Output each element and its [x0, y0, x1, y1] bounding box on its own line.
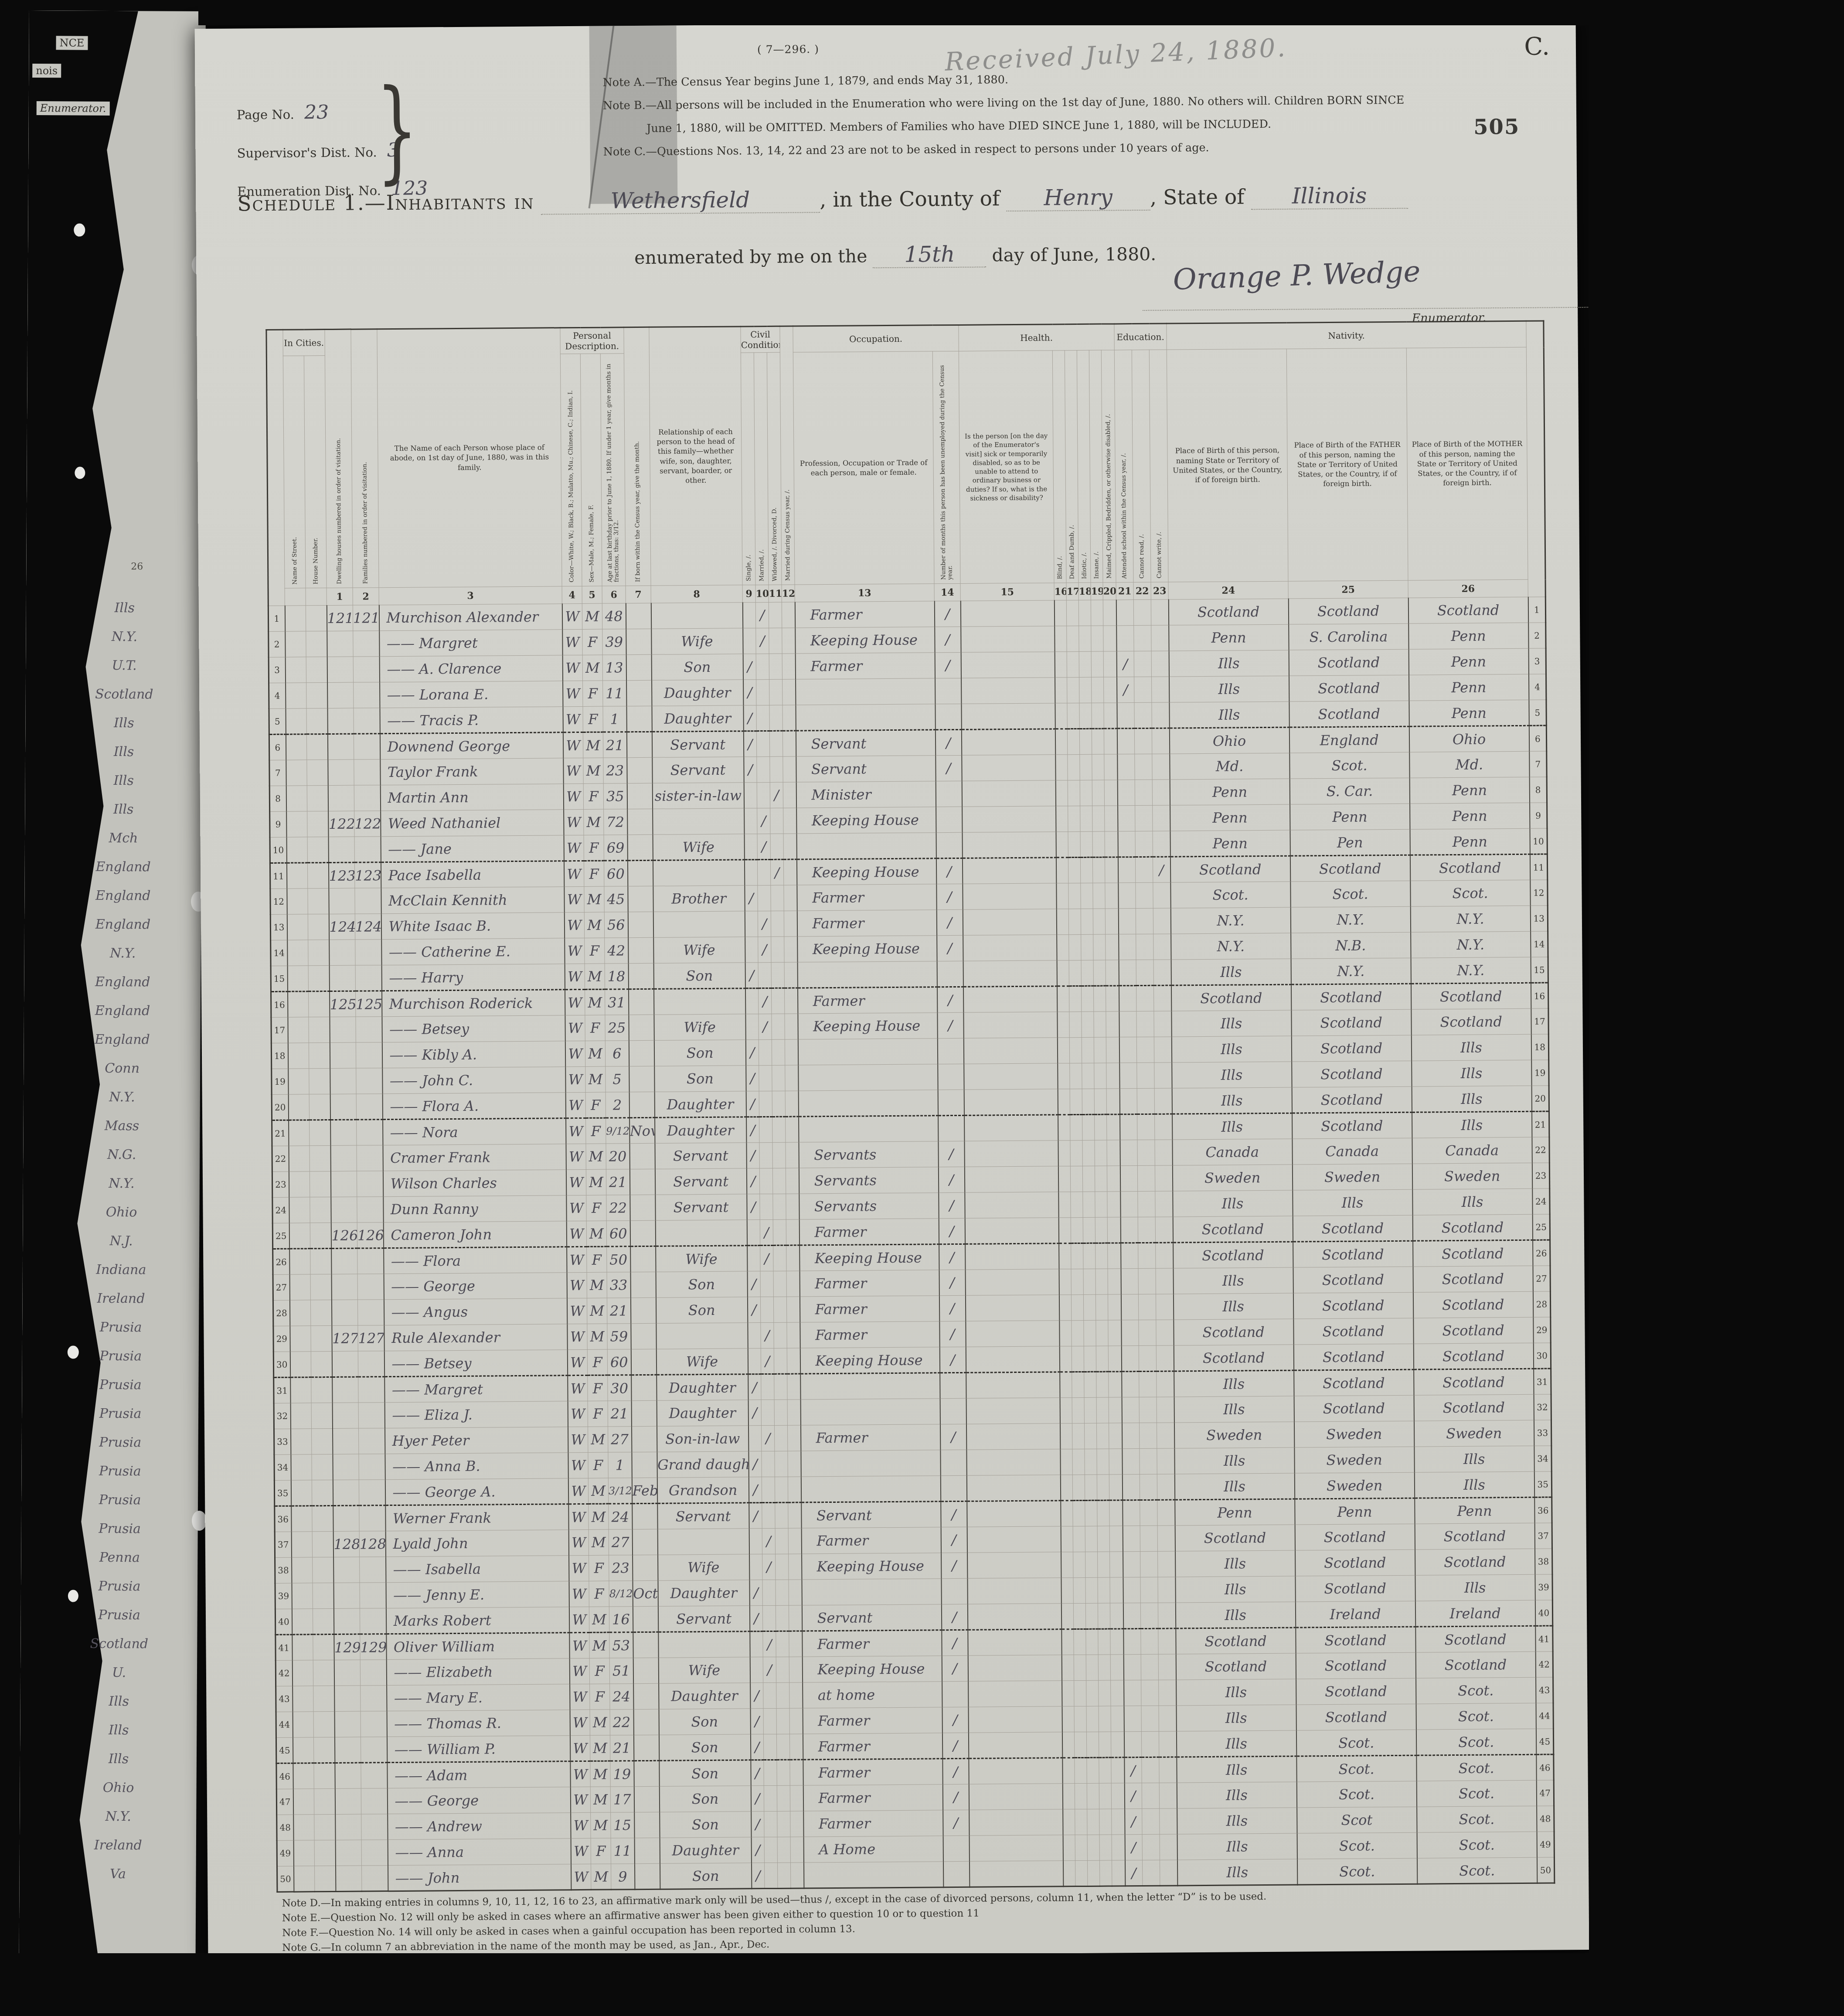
- cell-occupation: Keeping House: [797, 936, 937, 962]
- cell-school: [1121, 1320, 1139, 1346]
- cell-age: 45: [604, 886, 628, 912]
- cell-cannot-read: [1139, 1397, 1157, 1423]
- cell-relationship: Daughter: [652, 705, 743, 732]
- cell-family: [353, 631, 379, 657]
- cell-name: Downend George: [380, 732, 563, 759]
- cell-cannot-read: [1141, 1654, 1158, 1680]
- cell-color: W: [567, 1349, 587, 1375]
- cell-maimed: [1108, 1269, 1121, 1294]
- cell-idiotic: [1085, 1603, 1098, 1629]
- cell-sex: M: [587, 1272, 607, 1298]
- left-page-entry: England: [51, 859, 195, 875]
- cell-insane: [1094, 1011, 1106, 1037]
- cell-school: [1122, 1449, 1140, 1475]
- left-page-entry: Ireland: [46, 1837, 190, 1853]
- supervisor-row: Supervisor's Dist. No. 3: [237, 139, 399, 163]
- cell-widowed: [777, 1837, 790, 1863]
- cell-color: W: [562, 655, 582, 681]
- cell-school: [1119, 934, 1136, 960]
- group-occupation: Occupation.: [793, 325, 959, 352]
- note-b2: June 1, 1880, will be OMITTED. Members o…: [646, 118, 1271, 135]
- col-number: 24: [1168, 581, 1288, 599]
- cell-insane: [1099, 1860, 1112, 1886]
- cell-house: [314, 1763, 335, 1788]
- cell-widowed: [772, 1091, 785, 1117]
- cell-pob-father: Scot.: [1296, 1781, 1416, 1808]
- cell-sickness: [967, 1552, 1061, 1578]
- line-number: 10: [1530, 828, 1547, 854]
- cell-pob: Canada: [1172, 1139, 1292, 1165]
- cell-relationship: Son: [660, 1863, 752, 1889]
- cell-idiotic: [1079, 677, 1092, 703]
- cell-sex: M: [590, 1787, 610, 1812]
- left-page-entry: Ohio: [49, 1204, 193, 1220]
- cell-house: [314, 1840, 335, 1866]
- cell-sex: F: [588, 1401, 608, 1427]
- line-number: 6: [1529, 725, 1546, 751]
- cell-house: [311, 1325, 332, 1351]
- cell-sex: M: [584, 912, 604, 938]
- cell-unemployed: [937, 1038, 963, 1064]
- cell-married-cy: [784, 962, 797, 988]
- binder-ring: [192, 1511, 207, 1531]
- cell-house: [314, 1814, 335, 1840]
- cell-family: [355, 888, 381, 914]
- col-number: 13: [795, 584, 934, 602]
- cell-widowed: [771, 911, 784, 936]
- col-number: 14: [934, 583, 960, 601]
- left-page-entry: England: [51, 1003, 194, 1019]
- cell-married-cy: [786, 1219, 799, 1245]
- cell-insane: [1096, 1346, 1108, 1372]
- cell-occupation: Servants: [799, 1141, 938, 1168]
- cell-color: W: [566, 1118, 586, 1144]
- cell-cannot-write: [1155, 1191, 1173, 1217]
- line-number: 34: [274, 1454, 291, 1480]
- line-number: 5: [1529, 700, 1546, 725]
- cell-street: [287, 889, 308, 914]
- cell-sickness: [964, 1089, 1058, 1115]
- cell-name: Oliver William: [386, 1633, 569, 1660]
- cell-street: [288, 991, 309, 1017]
- cell-occupation: Farmer: [800, 1296, 939, 1322]
- cell-family: [354, 759, 380, 785]
- cell-deaf: [1070, 1140, 1082, 1166]
- cell-school: [1122, 1397, 1139, 1423]
- cell-dwelling: [331, 1274, 357, 1300]
- cell-sickness: [966, 1423, 1060, 1450]
- cell-name: Werner Frank: [385, 1504, 568, 1531]
- cell-house: [307, 837, 328, 863]
- cell-cannot-read: [1136, 908, 1153, 934]
- cell-sex: M: [586, 1144, 606, 1169]
- cell-relationship: Servant: [655, 1168, 746, 1195]
- cell-occupation: Farmer: [803, 1784, 942, 1811]
- cell-sickness: [969, 1835, 1063, 1861]
- cell-pob: Scotland: [1174, 1319, 1293, 1345]
- cell-single: /: [746, 1143, 759, 1168]
- cell-blind: [1059, 1321, 1072, 1346]
- cell-name: —— Tracis P.: [380, 707, 563, 734]
- cell-dwelling: [330, 1042, 356, 1068]
- cell-blind: [1057, 986, 1069, 1012]
- cell-occupation: Keeping House: [796, 858, 936, 885]
- cell-blind: [1061, 1501, 1073, 1526]
- cell-pob-mother: Scot.: [1416, 1677, 1536, 1704]
- cell-street: [288, 1094, 309, 1120]
- cell-relationship: Daughter: [659, 1683, 750, 1709]
- line-number: 3: [1528, 648, 1546, 674]
- cell-pob-father: Scotland: [1293, 1267, 1413, 1293]
- cell-blind: [1058, 1192, 1071, 1218]
- cell-single: [748, 1426, 762, 1451]
- cell-married: /: [757, 808, 770, 834]
- cell-widowed: [774, 1348, 787, 1374]
- cell-deaf: [1068, 909, 1081, 934]
- cell-sex: M: [586, 1169, 606, 1195]
- line-number: 21: [272, 1120, 289, 1146]
- cell-sex: M: [589, 1529, 609, 1555]
- line-number: 36: [275, 1506, 291, 1532]
- cell-street: [291, 1454, 312, 1480]
- cell-married-cy: [786, 1297, 800, 1322]
- cell-month: [632, 1452, 657, 1478]
- cell-school: [1124, 1680, 1141, 1706]
- cell-sickness: [961, 729, 1055, 755]
- cell-sex: M: [587, 1324, 607, 1349]
- line-number: 35: [274, 1480, 291, 1506]
- cell-sickness: [968, 1629, 1061, 1655]
- cell-sex: F: [589, 1658, 609, 1684]
- line-number: 48: [277, 1815, 293, 1840]
- col-pob: Place of Birth of this person, naming St…: [1167, 349, 1288, 582]
- cell-color: W: [564, 912, 584, 938]
- line-number: 4: [269, 683, 286, 708]
- cell-cannot-write: [1151, 625, 1169, 651]
- line-number: 13: [1530, 906, 1548, 931]
- tape-crease: [589, 22, 615, 208]
- cell-house: [313, 1608, 333, 1634]
- cell-married-cy: [790, 1760, 803, 1785]
- cell-pob: Ills: [1171, 959, 1291, 985]
- cell-dwelling: [327, 682, 354, 708]
- line-number: 33: [274, 1429, 291, 1454]
- cell-idiotic: [1082, 1063, 1094, 1089]
- cell-age: 51: [609, 1658, 633, 1684]
- cell-pob: Scotland: [1175, 1525, 1295, 1551]
- census-page: ( 7—296. ) Received July 24, 1880. C. 50…: [195, 19, 1589, 1959]
- cell-single: /: [750, 1709, 763, 1734]
- cell-maimed: [1109, 1500, 1123, 1526]
- cell-cannot-write: [1157, 1397, 1174, 1423]
- cell-cannot-read: [1141, 1680, 1159, 1706]
- cell-pob: Penn: [1169, 624, 1289, 651]
- cell-sickness: [966, 1321, 1059, 1347]
- cell-cannot-read: [1135, 857, 1153, 882]
- cell-married: /: [763, 1631, 776, 1657]
- cell-school: [1116, 600, 1133, 626]
- cell-blind: [1059, 1269, 1071, 1295]
- left-page-entry: N.Y.: [50, 1089, 194, 1105]
- cell-house: [313, 1660, 334, 1686]
- cell-married: [759, 1117, 772, 1142]
- line-number: 2: [269, 631, 285, 657]
- cell-cannot-write: [1158, 1654, 1176, 1680]
- cell-unemployed: /: [936, 909, 963, 935]
- cell-family: [361, 1840, 388, 1866]
- received-stamp: Received July 24, 1880.: [944, 33, 1287, 77]
- cell-blind: [1063, 1835, 1075, 1861]
- cell-married-cy: [789, 1580, 802, 1605]
- cell-age: 60: [607, 1349, 631, 1375]
- cell-married: [757, 782, 770, 808]
- line-number: 14: [1531, 931, 1548, 957]
- cell-school: /: [1125, 1809, 1142, 1835]
- cell-single: [744, 834, 757, 860]
- cell-pob-mother: Penn: [1410, 803, 1530, 829]
- cell-color: W: [565, 1041, 585, 1066]
- cell-family: [362, 1866, 388, 1891]
- cell-school: [1123, 1577, 1140, 1603]
- cell-married-cy: [787, 1400, 800, 1425]
- cell-sickness: [963, 883, 1056, 909]
- col-cannot-read: Cannot read, /.: [1132, 350, 1151, 582]
- cell-married-cy: [787, 1374, 800, 1400]
- cell-maimed: [1110, 1655, 1123, 1680]
- cell-sex: F: [590, 1684, 610, 1710]
- cell-pob-mother: Scot.: [1410, 880, 1530, 906]
- census-table: In Cities. Dwelling houses numbered in o…: [265, 320, 1555, 1893]
- cell-street: [293, 1763, 314, 1789]
- cell-deaf: [1071, 1192, 1083, 1217]
- cell-married: /: [761, 1322, 774, 1348]
- cell-age: 33: [607, 1272, 630, 1298]
- cell-month: [634, 1838, 660, 1863]
- cell-widowed: [776, 1708, 789, 1734]
- cell-pob-mother: Scotland: [1410, 854, 1530, 881]
- cell-dwelling: [327, 657, 353, 682]
- cell-house: [313, 1583, 333, 1608]
- line-number: 12: [270, 889, 287, 914]
- cell-school: [1118, 806, 1135, 831]
- cell-pob-father: Scotland: [1291, 1009, 1411, 1036]
- cell-month: [635, 1863, 660, 1889]
- cell-street: [293, 1840, 314, 1866]
- cell-color: W: [563, 706, 583, 732]
- cell-relationship: [655, 1220, 747, 1246]
- cell-insane: [1099, 1783, 1111, 1809]
- col-families: Families numbered in order of visitation…: [351, 329, 379, 588]
- cell-maimed: [1106, 1037, 1119, 1063]
- cell-married-cy: [783, 834, 796, 859]
- cell-pob: Penn: [1170, 830, 1290, 857]
- cell-name: —— Anna: [388, 1839, 571, 1866]
- cell-color: W: [571, 1864, 591, 1890]
- col-number: [306, 588, 327, 606]
- cell-school: [1123, 1500, 1140, 1526]
- cell-widowed: [772, 1168, 786, 1194]
- cell-sex: F: [587, 1246, 607, 1272]
- cell-name: —— Harry: [381, 964, 565, 991]
- cell-unemployed: [940, 1450, 966, 1475]
- cell-month: [631, 1323, 656, 1349]
- cell-deaf: [1073, 1500, 1085, 1526]
- cell-relationship: Son: [654, 1066, 746, 1092]
- cell-maimed: [1112, 1809, 1125, 1835]
- cell-widowed: [772, 1117, 786, 1142]
- cell-married: [760, 1194, 773, 1219]
- cell-dwelling: [332, 1351, 358, 1377]
- cell-married: [759, 1065, 772, 1091]
- cell-maimed: [1107, 1192, 1120, 1217]
- cell-single: /: [747, 1194, 760, 1220]
- cell-insane: [1092, 729, 1104, 754]
- cell-married-cy: [788, 1425, 801, 1451]
- cell-blind: [1054, 600, 1066, 626]
- cell-pob-father: Scotland: [1288, 598, 1408, 624]
- cell-pob-mother: Scotland: [1413, 1317, 1533, 1344]
- cell-married-cy: [789, 1605, 802, 1631]
- cell-pob: Ills: [1172, 1087, 1292, 1114]
- cell-month: [626, 603, 651, 629]
- cell-cannot-write: [1160, 1860, 1177, 1886]
- cell-single: /: [745, 885, 758, 911]
- cell-insane: [1092, 831, 1105, 857]
- cell-married: /: [761, 1348, 774, 1374]
- cell-cannot-read: [1136, 934, 1153, 960]
- cell-blind: [1062, 1732, 1074, 1758]
- cell-pob: Scot.: [1170, 882, 1290, 908]
- cell-sex: F: [586, 1195, 606, 1221]
- cell-idiotic: [1085, 1552, 1098, 1577]
- cell-school: [1121, 1346, 1139, 1372]
- cell-relationship: Wife: [656, 1246, 747, 1272]
- cell-idiotic: [1085, 1475, 1097, 1500]
- cell-idiotic: [1079, 600, 1091, 626]
- cell-school: [1116, 626, 1134, 651]
- cell-occupation: [796, 678, 935, 705]
- cell-house: [310, 1120, 330, 1146]
- col-idiotic: Idiotic, /.: [1077, 350, 1091, 582]
- line-number: 22: [1532, 1137, 1549, 1163]
- cell-family: [356, 1042, 382, 1068]
- cell-cannot-read: [1136, 960, 1153, 985]
- brace-glyph: }: [376, 66, 418, 195]
- cell-pob-father: Sweden: [1294, 1421, 1414, 1447]
- cell-age: 18: [605, 964, 628, 989]
- cell-insane: [1096, 1372, 1109, 1397]
- cell-cannot-read: [1138, 1243, 1156, 1268]
- cell-age: 13: [602, 655, 626, 681]
- cell-deaf: [1073, 1577, 1085, 1603]
- col-occupation: Profession, Occupation or Trade of each …: [793, 351, 934, 585]
- left-page-entry: Ills: [47, 1751, 191, 1767]
- cell-dwelling: [333, 1557, 360, 1583]
- cell-deaf: [1068, 754, 1080, 780]
- cell-dwelling: [328, 785, 354, 811]
- cell-month: [632, 1503, 657, 1529]
- cell-sex: F: [583, 783, 603, 809]
- cell-street: [286, 811, 307, 837]
- cell-deaf: [1069, 960, 1081, 986]
- cell-idiotic: [1081, 909, 1093, 934]
- cell-color: W: [563, 758, 583, 783]
- cell-sex: F: [588, 1452, 608, 1478]
- cell-school: [1119, 1089, 1137, 1114]
- county-field: Henry: [1006, 184, 1150, 211]
- cell-deaf: [1067, 703, 1079, 729]
- col-number: [285, 588, 306, 606]
- cell-idiotic: [1087, 1860, 1099, 1886]
- cell-idiotic: [1079, 626, 1091, 651]
- line-number: 28: [1533, 1291, 1550, 1317]
- cell-unemployed: /: [937, 1012, 963, 1038]
- cell-family: [361, 1814, 388, 1840]
- cell-unemployed: /: [939, 1321, 966, 1347]
- cell-blind: [1055, 678, 1067, 703]
- cell-sex: F: [587, 1349, 607, 1375]
- line-number: 30: [273, 1352, 290, 1377]
- cell-idiotic: [1087, 1757, 1099, 1783]
- cell-pob: Ills: [1173, 1267, 1293, 1294]
- cell-idiotic: [1083, 1269, 1096, 1294]
- cell-maimed: [1109, 1475, 1122, 1500]
- cell-idiotic: [1086, 1655, 1098, 1680]
- cell-pob-father: Scotland: [1293, 1241, 1413, 1267]
- cell-sex: F: [585, 938, 605, 964]
- cell-age: 24: [609, 1504, 632, 1529]
- cell-pob: Ills: [1174, 1396, 1294, 1423]
- cell-single: /: [751, 1786, 764, 1812]
- cell-sex: M: [582, 655, 602, 681]
- cell-deaf: [1068, 857, 1080, 883]
- cell-unemployed: [940, 1475, 966, 1501]
- cell-sickness: [960, 600, 1054, 627]
- cell-idiotic: [1083, 1217, 1095, 1243]
- state-label: , State of: [1150, 185, 1245, 210]
- cell-cannot-read: [1141, 1706, 1159, 1731]
- cell-married: /: [763, 1657, 776, 1682]
- cell-age: 60: [604, 861, 627, 886]
- left-page-entry: Ills: [47, 1722, 191, 1738]
- cell-name: —— Margret: [379, 630, 562, 657]
- cell-sex: M: [583, 732, 603, 758]
- cell-street: [285, 631, 306, 657]
- cell-pob: Ills: [1177, 1756, 1296, 1783]
- cell-pob-mother: Scot.: [1416, 1780, 1536, 1807]
- cell-single: [744, 860, 757, 885]
- left-page-entry: Prusia: [48, 1377, 192, 1393]
- cell-name: —— George: [384, 1273, 567, 1300]
- cell-widowed: [773, 1297, 786, 1322]
- cell-sex: M: [591, 1864, 611, 1890]
- cell-widowed: [769, 705, 783, 731]
- cell-married: [756, 654, 769, 679]
- cell-deaf: [1067, 677, 1079, 703]
- cell-name: —— Flora: [384, 1247, 567, 1274]
- cell-house: [306, 631, 327, 657]
- cell-sickness: [964, 1166, 1058, 1192]
- census-table-wrap: In Cities. Dwelling houses numbered in o…: [265, 320, 1555, 1893]
- cell-sex: F: [582, 629, 602, 655]
- cell-cannot-read: [1140, 1603, 1158, 1628]
- cell-sex: F: [584, 861, 604, 886]
- cell-deaf: [1069, 1011, 1082, 1037]
- cell-sickness: [961, 626, 1055, 652]
- cell-sex: F: [585, 1015, 605, 1041]
- cell-dwelling: [327, 631, 353, 657]
- left-page-entry: England: [51, 974, 194, 990]
